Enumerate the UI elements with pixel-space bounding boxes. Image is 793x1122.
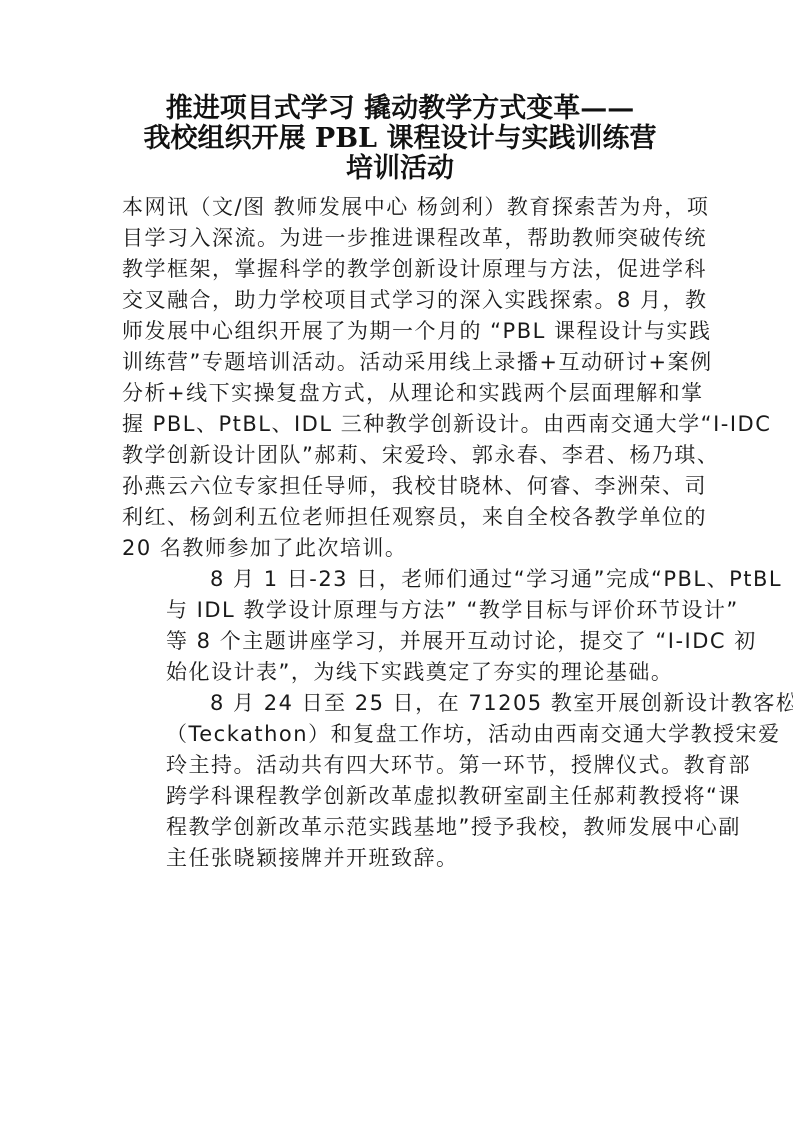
- document-page: 推进项目式学习 撬动教学方式变革—— 我校组织开展 PBL 课程设计与实践训练营…: [0, 0, 793, 1122]
- article-body: 本网讯（文/图 教师发展中心 杨剑利）教育探索苦为舟，项 目学习入深流。为进一步…: [122, 192, 674, 874]
- text-line: 孙燕云六位专家担任导师，我校甘晓林、何睿、李洲荣、司: [122, 471, 674, 502]
- text-line: 主任张晓颖接牌并开班致辞。: [122, 843, 674, 874]
- text-line: 等 8 个主题讲座学习，并展开互动讨论，提交了 “I-IDC 初: [122, 626, 674, 657]
- text-line: 训练营”专题培训活动。活动采用线上录播+互动研讨+案例: [122, 347, 674, 378]
- paragraph-2: 8 月 1 日-23 日，老师们通过“学习通”完成“PBL、PtBL 与 IDL…: [122, 564, 674, 688]
- text-line: 交叉融合，助力学校项目式学习的深入实践探索。8 月，教: [122, 285, 674, 316]
- article-title: 推进项目式学习 撬动教学方式变革—— 我校组织开展 PBL 课程设计与实践训练营…: [100, 94, 700, 184]
- title-line-2: 我校组织开展 PBL 课程设计与实践训练营: [100, 124, 700, 154]
- title-line-1: 推进项目式学习 撬动教学方式变革——: [100, 94, 700, 124]
- text-line: 程教学创新改革示范实践基地”授予我校，教师发展中心副: [122, 812, 674, 843]
- text-line: 握 PBL、PtBL、IDL 三种教学创新设计。由西南交通大学“I-IDC: [122, 409, 674, 440]
- text-line: 玲主持。活动共有四大环节。第一环节，授牌仪式。教育部: [122, 750, 674, 781]
- title-line-3: 培训活动: [100, 154, 700, 184]
- text-line: 利红、杨剑利五位老师担任观察员，来自全校各教学单位的: [122, 502, 674, 533]
- text-line: 本网讯（文/图 教师发展中心 杨剑利）教育探索苦为舟，项: [122, 192, 674, 223]
- text-line: 师发展中心组织开展了为期一个月的 “PBL 课程设计与实践: [122, 316, 674, 347]
- text-line: 分析+线下实操复盘方式，从理论和实践两个层面理解和掌: [122, 378, 674, 409]
- text-line: （Teckathon）和复盘工作坊，活动由西南交通大学教授宋爱: [122, 719, 674, 750]
- text-line: 20 名教师参加了此次培训。: [122, 533, 674, 564]
- text-line: 教学框架，掌握科学的教学创新设计原理与方法，促进学科: [122, 254, 674, 285]
- text-line: 8 月 1 日-23 日，老师们通过“学习通”完成“PBL、PtBL: [122, 564, 674, 595]
- text-line: 目学习入深流。为进一步推进课程改革，帮助教师突破传统: [122, 223, 674, 254]
- text-line: 始化设计表”，为线下实践奠定了夯实的理论基础。: [122, 657, 674, 688]
- paragraph-3: 8 月 24 日至 25 日，在 71205 教室开展创新设计教客松 （Teck…: [122, 688, 674, 874]
- paragraph-1: 本网讯（文/图 教师发展中心 杨剑利）教育探索苦为舟，项 目学习入深流。为进一步…: [122, 192, 674, 564]
- text-line: 8 月 24 日至 25 日，在 71205 教室开展创新设计教客松: [122, 688, 674, 719]
- text-line: 教学创新设计团队”郝莉、宋爱玲、郭永春、李君、杨乃琪、: [122, 440, 674, 471]
- text-line: 跨学科课程教学创新改革虚拟教研室副主任郝莉教授将“课: [122, 781, 674, 812]
- text-line: 与 IDL 教学设计原理与方法” “教学目标与评价环节设计”: [122, 595, 674, 626]
